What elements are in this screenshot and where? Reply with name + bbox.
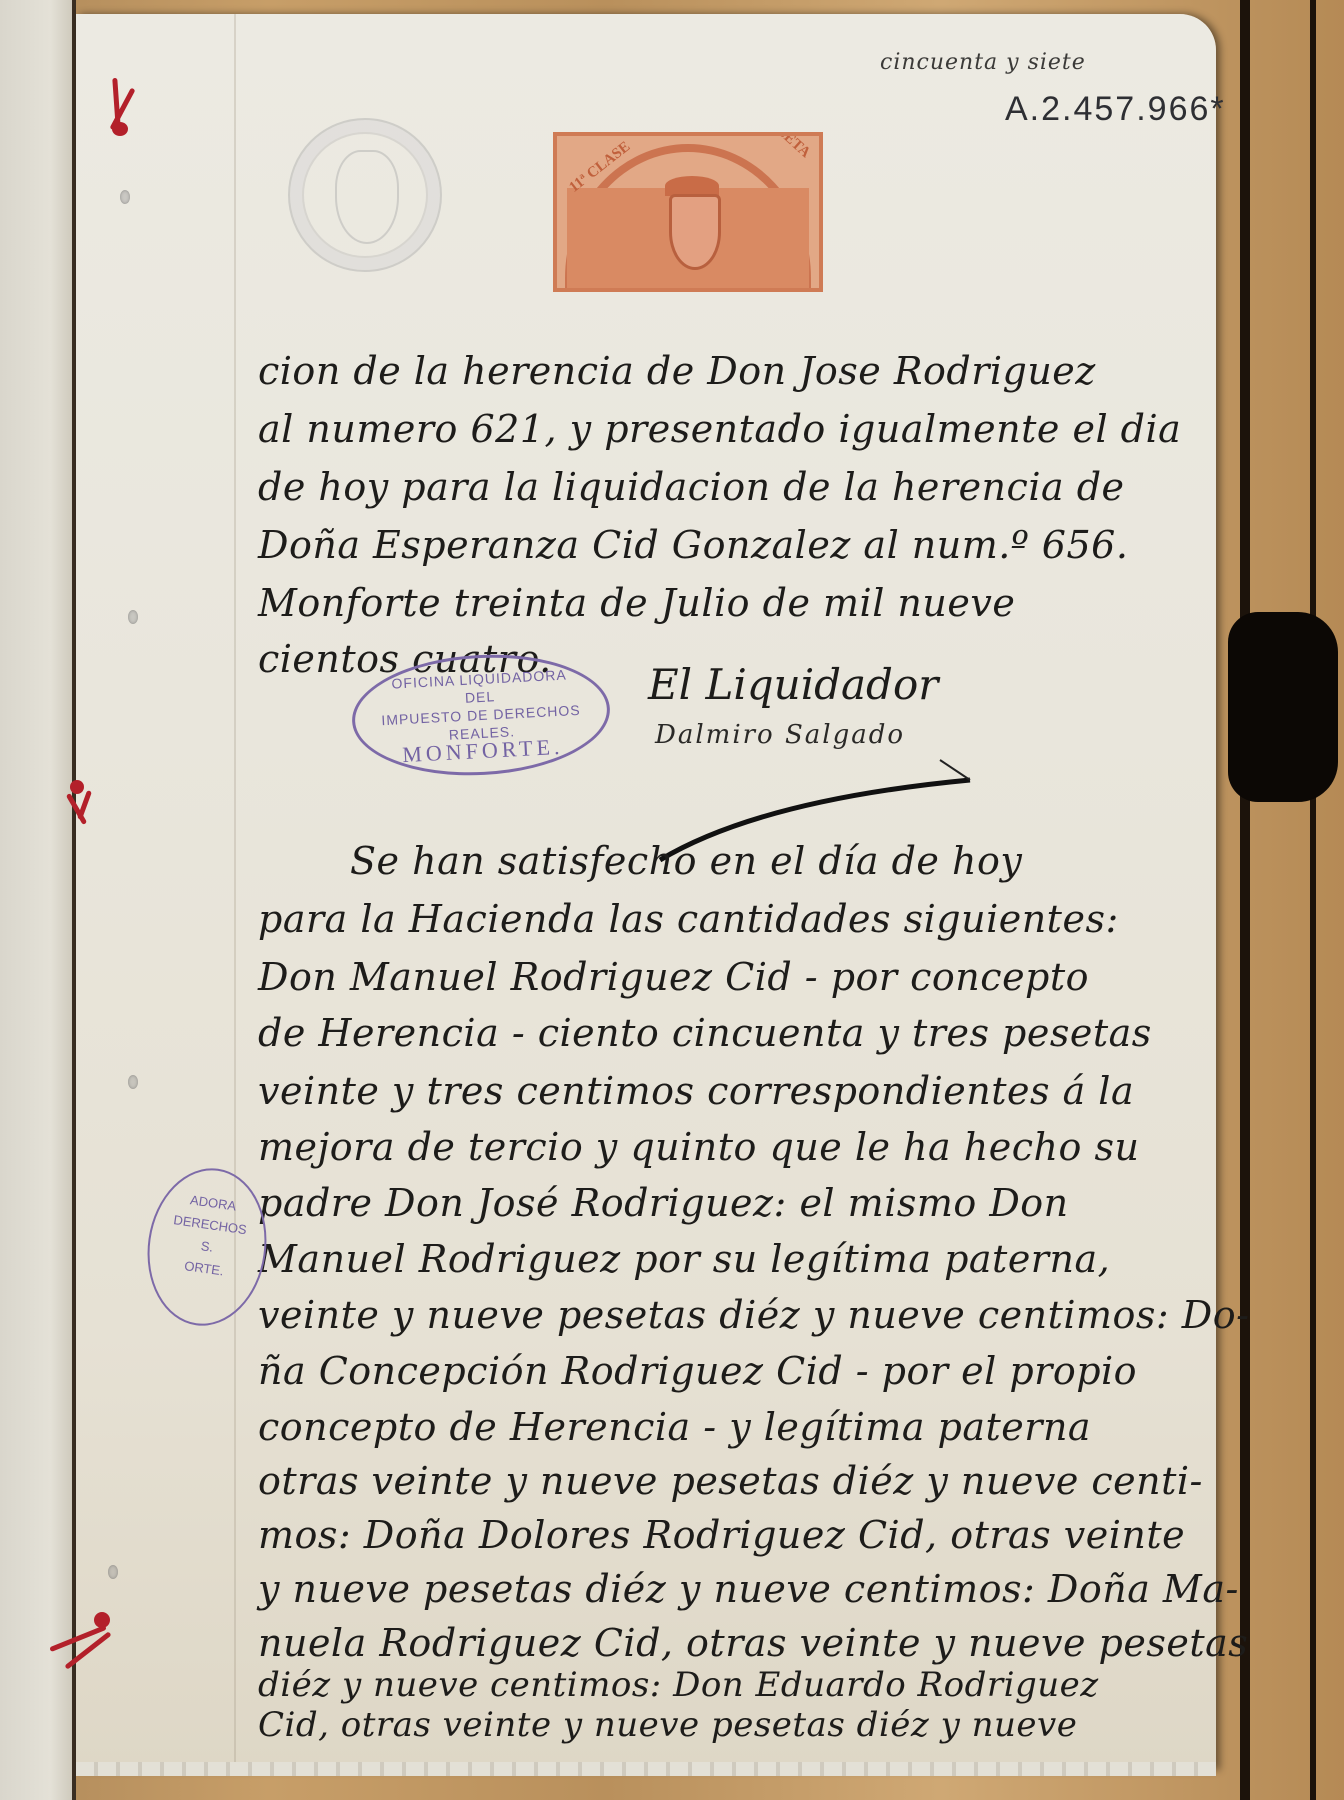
binding-hole	[128, 610, 138, 624]
signatory-title: El Liquidador	[648, 660, 938, 709]
text-line: mejora de tercio y quinto que le ha hech…	[258, 1128, 1158, 1166]
binding-hole	[108, 1565, 118, 1579]
text-line: concepto de Herencia - y legítima patern…	[258, 1408, 1158, 1446]
text-line: veinte y nueve pesetas diéz y nueve cent…	[258, 1296, 1158, 1334]
red-thread-binding	[108, 78, 148, 138]
red-thread-binding	[30, 1612, 70, 1672]
text-line: veinte y tres centimos correspondientes …	[258, 1072, 1158, 1110]
text-line: mos: Doña Dolores Rodriguez Cid, otras v…	[258, 1516, 1158, 1554]
marginal-note: cincuenta y siete	[880, 50, 1086, 75]
coat-of-arms-icon	[669, 194, 721, 270]
stamp-value-label: UNA PESETA	[734, 132, 813, 161]
text-line: Don Manuel Rodriguez Cid - por concepto	[258, 958, 1158, 996]
text-line: Manuel Rodriguez por su legítima paterna…	[258, 1240, 1158, 1278]
text-line: Cid, otras veinte y nueve pesetas diéz y…	[258, 1708, 1158, 1742]
emboss-crest	[335, 150, 399, 244]
underlying-page	[0, 0, 76, 1800]
wood-plank-gap	[1310, 0, 1316, 1800]
text-line: otras veinte y nueve pesetas diéz y nuev…	[258, 1462, 1158, 1500]
text-line: de Herencia - ciento cincuenta y tres pe…	[258, 1014, 1158, 1052]
text-line: nuela Rodriguez Cid, otras veinte y nuev…	[258, 1624, 1158, 1662]
wood-plank-gap	[1240, 0, 1250, 1800]
text-line: cion de la herencia de Don Jose Rodrigue…	[258, 352, 1158, 390]
red-thread-binding	[62, 780, 102, 840]
text-line: de hoy para la liquidacion de la herenci…	[258, 468, 1158, 506]
text-line: diéz y nueve centimos: Don Eduardo Rodri…	[258, 1668, 1158, 1702]
binding-hole	[128, 1075, 138, 1089]
text-line: y nueve pesetas diéz y nueve centimos: D…	[258, 1570, 1158, 1608]
text-line: ña Concepción Rodriguez Cid - por el pro…	[258, 1352, 1158, 1390]
wood-knot-hole	[1228, 612, 1338, 802]
text-line: al numero 621, y presentado igualmente e…	[258, 410, 1158, 448]
crown-icon	[665, 176, 719, 196]
text-line: Doña Esperanza Cid Gonzalez al num.º 656…	[258, 526, 1158, 564]
revenue-stamp: 11ª CLASE UNA PESETA	[553, 132, 823, 292]
embossed-seal	[288, 118, 442, 272]
serial-number: A.2.457.966*	[1005, 90, 1226, 129]
margin-fold	[234, 14, 236, 1770]
text-line: padre Don José Rodriguez: el mismo Don	[258, 1184, 1158, 1222]
text-line: para la Hacienda las cantidades siguient…	[258, 900, 1158, 938]
text-line: Se han satisfecho en el día de hoy	[350, 842, 1250, 880]
binding-hole	[120, 190, 130, 204]
text-line: Monforte treinta de Julio de mil nueve	[258, 584, 1158, 622]
